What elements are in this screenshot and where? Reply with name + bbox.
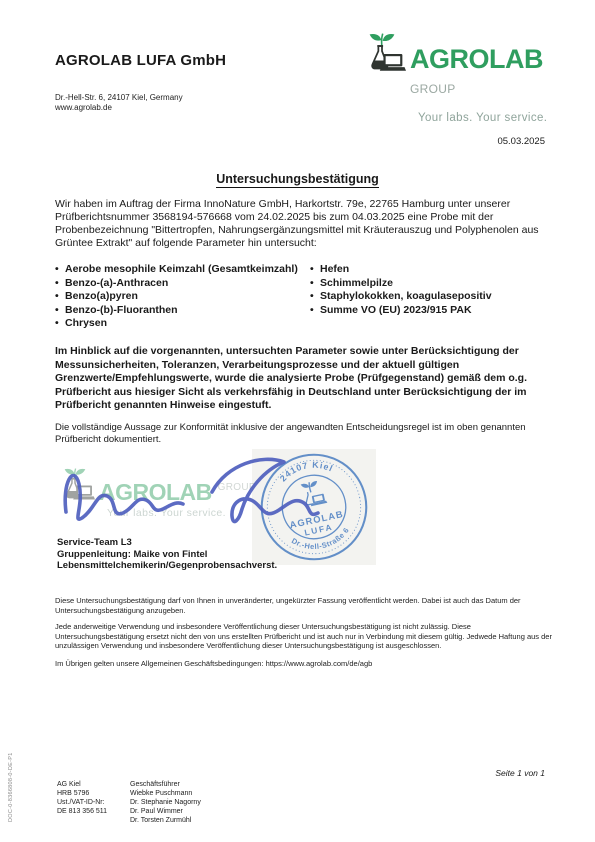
registry-line: DE 813 356 511	[57, 807, 107, 816]
legal-publication: Diese Untersuchungsbestätigung darf von …	[55, 596, 561, 615]
list-item: •Benzo-(b)-Fluoranthen	[55, 304, 307, 318]
registry-line: Ust./VAT-ID-Nr:	[57, 798, 107, 807]
list-item: •Aerobe mesophile Keimzahl (Gesamtkeimza…	[55, 263, 307, 277]
signatory-team: Service-Team L3	[57, 537, 277, 549]
parameter-label: Chrysen	[65, 317, 107, 331]
signatory-role: Lebensmittelchemikerin/Gegenprobensachve…	[57, 560, 277, 572]
conformity-paragraph: Die vollständige Aussage zur Konformität…	[55, 422, 547, 445]
logo-brand-text: AGROLAB GROUP	[410, 44, 568, 109]
bullet-icon: •	[310, 263, 320, 277]
document-date: 05.03.2025	[497, 136, 545, 147]
logo-brand-word: AGROLAB	[410, 44, 543, 74]
list-item: •Staphylokokken, koagulasepositiv	[310, 290, 550, 304]
registry-line: AG Kiel	[57, 780, 107, 789]
list-item: •Hefen	[310, 263, 550, 277]
company-name: AGROLAB LUFA GmbH	[55, 52, 226, 69]
registry-line: HRB 5796	[57, 789, 107, 798]
company-website-link[interactable]: www.agrolab.de	[55, 103, 183, 113]
company-address: Dr.-Hell-Str. 6, 24107 Kiel, Germany www…	[55, 93, 183, 113]
signatory-block: Service-Team L3 Gruppenleitung: Maike vo…	[57, 537, 277, 572]
management-title: Geschäftsführer	[130, 780, 201, 789]
vertical-doc-id: DOC-0-8366808-0-DE-P1	[8, 752, 14, 822]
intro-paragraph: Wir haben im Auftrag der Firma InnoNatur…	[55, 198, 547, 250]
assessment-paragraph: Im Hinblick auf die vorgenannten, unters…	[55, 345, 547, 413]
legal-terms: Im Übrigen gelten unsere Allgemeinen Ges…	[55, 659, 561, 669]
management-name: Wiebke Puschmann	[130, 789, 201, 798]
company-address-line: Dr.-Hell-Str. 6, 24107 Kiel, Germany	[55, 93, 183, 103]
list-item: •Summe VO (EU) 2023/915 PAK	[310, 304, 550, 318]
document-title-text: Untersuchungsbestätigung	[216, 172, 379, 188]
parameter-label: Summe VO (EU) 2023/915 PAK	[320, 304, 472, 318]
parameter-label: Schimmelpilze	[320, 277, 393, 291]
list-item: •Benzo-(a)-Anthracen	[55, 277, 307, 291]
list-item: •Schimmelpilze	[310, 277, 550, 291]
bullet-icon: •	[55, 304, 65, 318]
agrolab-logo: AGROLAB GROUP Your labs. Your service.	[358, 26, 568, 124]
management-name: Dr. Paul Wimmer	[130, 807, 201, 816]
parameter-label: Benzo-(b)-Fluoranthen	[65, 304, 178, 318]
list-item: •Benzo(a)pyren	[55, 290, 307, 304]
bullet-icon: •	[55, 277, 65, 291]
management-name: Dr. Stephanie Nagorny	[130, 798, 201, 807]
legal-terms-prefix: Im Übrigen gelten unsere Allgemeinen Ges…	[55, 659, 266, 668]
document-title: Untersuchungsbestätigung	[0, 170, 595, 188]
page-indicator: Seite 1 von 1	[495, 768, 545, 778]
parameter-label: Aerobe mesophile Keimzahl (Gesamtkeimzah…	[65, 263, 298, 277]
plant-flask-laptop-icon	[358, 26, 406, 82]
bullet-icon: •	[310, 304, 320, 318]
terms-url-link[interactable]: https://www.agrolab.com/de/agb	[266, 659, 373, 668]
footer-registry: AG Kiel HRB 5796 Ust./VAT-ID-Nr: DE 813 …	[57, 780, 107, 816]
signatory-lead: Gruppenleitung: Maike von Fintel	[57, 549, 277, 561]
management-name: Dr. Torsten Zurmühl	[130, 816, 201, 825]
bullet-icon: •	[55, 263, 65, 277]
parameter-list-left: •Aerobe mesophile Keimzahl (Gesamtkeimza…	[55, 263, 307, 331]
logo-group-text: GROUP	[410, 82, 456, 96]
handwritten-signature	[52, 452, 352, 542]
parameter-label: Staphylokokken, koagulasepositiv	[320, 290, 492, 304]
parameter-label: Benzo-(a)-Anthracen	[65, 277, 168, 291]
bullet-icon: •	[55, 290, 65, 304]
logo-tagline: Your labs. Your service.	[418, 112, 568, 124]
bullet-icon: •	[310, 290, 320, 304]
list-item: •Chrysen	[55, 317, 307, 331]
parameter-list-right: •Hefen •Schimmelpilze •Staphylokokken, k…	[310, 263, 550, 317]
bullet-icon: •	[55, 317, 65, 331]
certificate-page: AGROLAB LUFA GmbH Dr.-Hell-Str. 6, 24107…	[0, 0, 595, 842]
parameter-label: Benzo(a)pyren	[65, 290, 138, 304]
parameter-label: Hefen	[320, 263, 349, 277]
bullet-icon: •	[310, 277, 320, 291]
legal-usage: Jede anderweitige Verwendung und insbeso…	[55, 622, 561, 651]
footer-management: Geschäftsführer Wiebke Puschmann Dr. Ste…	[130, 780, 201, 825]
